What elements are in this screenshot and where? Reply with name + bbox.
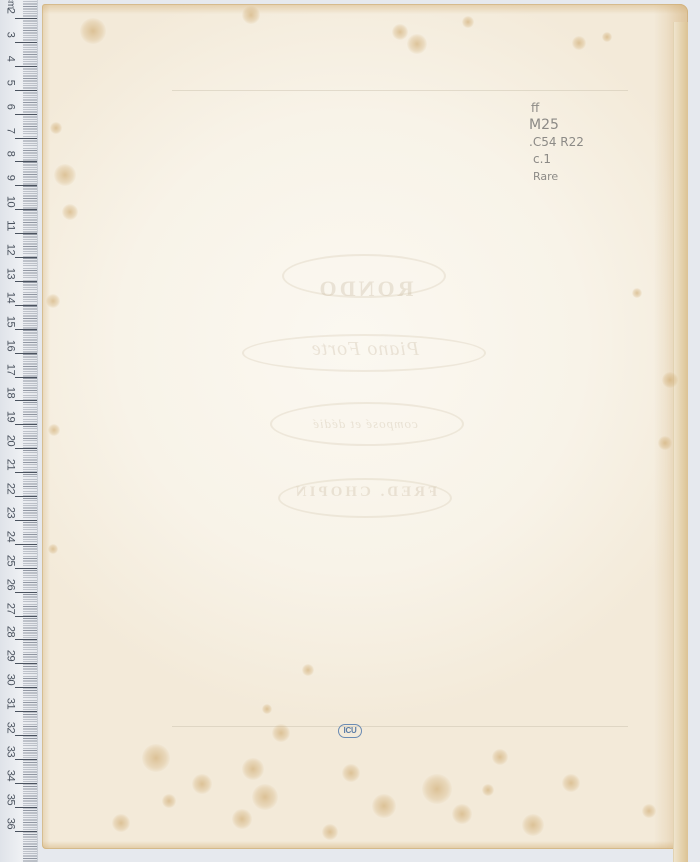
ruler-number: 33	[5, 744, 16, 758]
ruler-number: 26	[5, 577, 16, 591]
plate-mark-bottom	[172, 726, 628, 727]
ruler-major-tick	[15, 138, 37, 139]
ruler-major-tick	[15, 783, 37, 784]
foxing-spot	[162, 794, 176, 808]
ruler-number: 27	[5, 601, 16, 615]
measuring-ruler: 2345678910111213141516171819202122232425…	[0, 0, 38, 862]
scanned-page: RONDO Piano Forte composé et dédié FRED.…	[42, 4, 688, 849]
library-stamp: ICU	[338, 724, 362, 738]
foxing-spot	[422, 774, 452, 804]
show-through-composer: FRED. CHOPIN	[42, 484, 688, 501]
foxing-spot	[48, 544, 58, 554]
foxing-spot	[462, 16, 474, 28]
ruler-number: 13	[5, 266, 16, 280]
foxing-spot	[662, 372, 678, 388]
ruler-number: 11	[5, 219, 16, 233]
foxing-spot	[272, 724, 290, 742]
ruler-number: 24	[5, 529, 16, 543]
ruler-number: 25	[5, 553, 16, 567]
ruler-number: 28	[5, 625, 16, 639]
ruler-number: 7	[5, 123, 16, 137]
foxing-spot	[407, 34, 427, 54]
ruler-unit-label: cm	[5, 0, 16, 9]
ruler-major-tick	[15, 185, 37, 186]
ruler-major-tick	[15, 233, 37, 234]
ruler-major-tick	[15, 472, 37, 473]
foxing-spot	[642, 804, 656, 818]
show-through-title: RONDO	[42, 276, 688, 302]
ruler-major-tick	[15, 663, 37, 664]
ruler-number: 10	[5, 195, 16, 209]
foxing-spot	[342, 764, 360, 782]
foxing-spot	[522, 814, 544, 836]
ruler-major-tick	[15, 496, 37, 497]
ruler-number: 17	[5, 362, 16, 376]
foxing-spot	[602, 32, 612, 42]
foxing-spot	[242, 758, 264, 780]
foxing-spot	[658, 436, 672, 450]
foxing-spot	[252, 784, 278, 810]
ruler-major-tick	[15, 831, 37, 832]
foxing-spot	[322, 824, 338, 840]
foxing-spot	[48, 424, 60, 436]
ruler-number: 15	[5, 314, 16, 328]
foxing-spot	[232, 809, 252, 829]
foxing-spot	[632, 288, 642, 298]
ruler-number: 34	[5, 768, 16, 782]
underlying-page-edge	[673, 22, 688, 862]
foxing-spot	[142, 744, 170, 772]
note-line: M25	[529, 117, 584, 134]
foxing-spot	[192, 774, 212, 794]
ruler-major-tick	[15, 544, 37, 545]
foxing-spot	[112, 814, 130, 832]
foxing-spot	[46, 294, 60, 308]
ruler-number: 6	[5, 99, 16, 113]
ruler-major-tick	[15, 735, 37, 736]
ruler-major-tick	[15, 42, 37, 43]
note-line: ff	[529, 100, 584, 117]
ruler-number: 14	[5, 290, 16, 304]
foxing-spot	[50, 122, 62, 134]
ruler-major-tick	[15, 400, 37, 401]
foxing-spot	[492, 749, 508, 765]
foxing-spot	[452, 804, 472, 824]
ruler-number: 5	[5, 75, 16, 89]
ruler-number: 20	[5, 434, 16, 448]
foxing-spot	[392, 24, 408, 40]
foxing-spot	[372, 794, 396, 818]
ruler-major-tick	[15, 568, 37, 569]
ruler-major-tick	[15, 639, 37, 640]
ruler-major-tick	[15, 616, 37, 617]
ruler-major-tick	[15, 424, 37, 425]
catalog-pencil-notes: ff M25 .C54 R22 c.1 Rare	[529, 100, 584, 185]
foxing-spot	[54, 164, 76, 186]
note-line: .C54 R22	[529, 134, 584, 151]
ruler-number: 19	[5, 410, 16, 424]
ruler-number: 30	[5, 673, 16, 687]
note-line: c.1	[529, 151, 584, 168]
plate-mark-top	[172, 90, 628, 91]
ruler-number: 23	[5, 505, 16, 519]
foxing-spot	[572, 36, 586, 50]
ruler-number: 36	[5, 816, 16, 830]
foxing-spot	[302, 664, 314, 676]
ruler-number: 9	[5, 171, 16, 185]
ruler-major-tick	[15, 90, 37, 91]
ruler-major-tick	[15, 377, 37, 378]
ruler-major-tick	[15, 520, 37, 521]
ruler-number: 8	[5, 147, 16, 161]
ruler-number: 16	[5, 338, 16, 352]
ruler-number: 22	[5, 482, 16, 496]
ruler-major-tick	[15, 448, 37, 449]
ruler-number: 32	[5, 721, 16, 735]
ruler-major-tick	[15, 687, 37, 688]
foxing-spot	[62, 204, 78, 220]
ruler-major-tick	[15, 161, 37, 162]
foxing-spot	[562, 774, 580, 792]
ruler-major-tick	[15, 592, 37, 593]
ruler-number: 31	[5, 697, 16, 711]
show-through-instrument: Piano Forte	[42, 338, 688, 361]
ruler-number: 3	[5, 27, 16, 41]
ruler-major-tick	[15, 281, 37, 282]
note-line: Rare	[529, 168, 584, 185]
foxing-spot	[80, 18, 106, 44]
show-through-dedication: composé et dédié	[42, 416, 688, 432]
ruler-major-tick	[15, 257, 37, 258]
ruler-number: 4	[5, 51, 16, 65]
ruler-major-tick	[15, 711, 37, 712]
foxing-spot	[242, 6, 260, 24]
ruler-major-tick	[15, 114, 37, 115]
ruler-major-tick	[15, 209, 37, 210]
foxing-spot	[482, 784, 494, 796]
ruler-number: 21	[5, 458, 16, 472]
ruler-number: 18	[5, 386, 16, 400]
ruler-number: 35	[5, 792, 16, 806]
ruler-major-tick	[15, 807, 37, 808]
ruler-major-tick	[15, 66, 37, 67]
foxing-spot	[262, 704, 272, 714]
ruler-number: 12	[5, 243, 16, 257]
ruler-minor-ticks	[23, 0, 37, 862]
ruler-major-tick	[15, 18, 37, 19]
ruler-major-tick	[15, 329, 37, 330]
ruler-major-tick	[15, 353, 37, 354]
ruler-major-tick	[15, 759, 37, 760]
ruler-number: 29	[5, 649, 16, 663]
ruler-major-tick	[15, 305, 37, 306]
